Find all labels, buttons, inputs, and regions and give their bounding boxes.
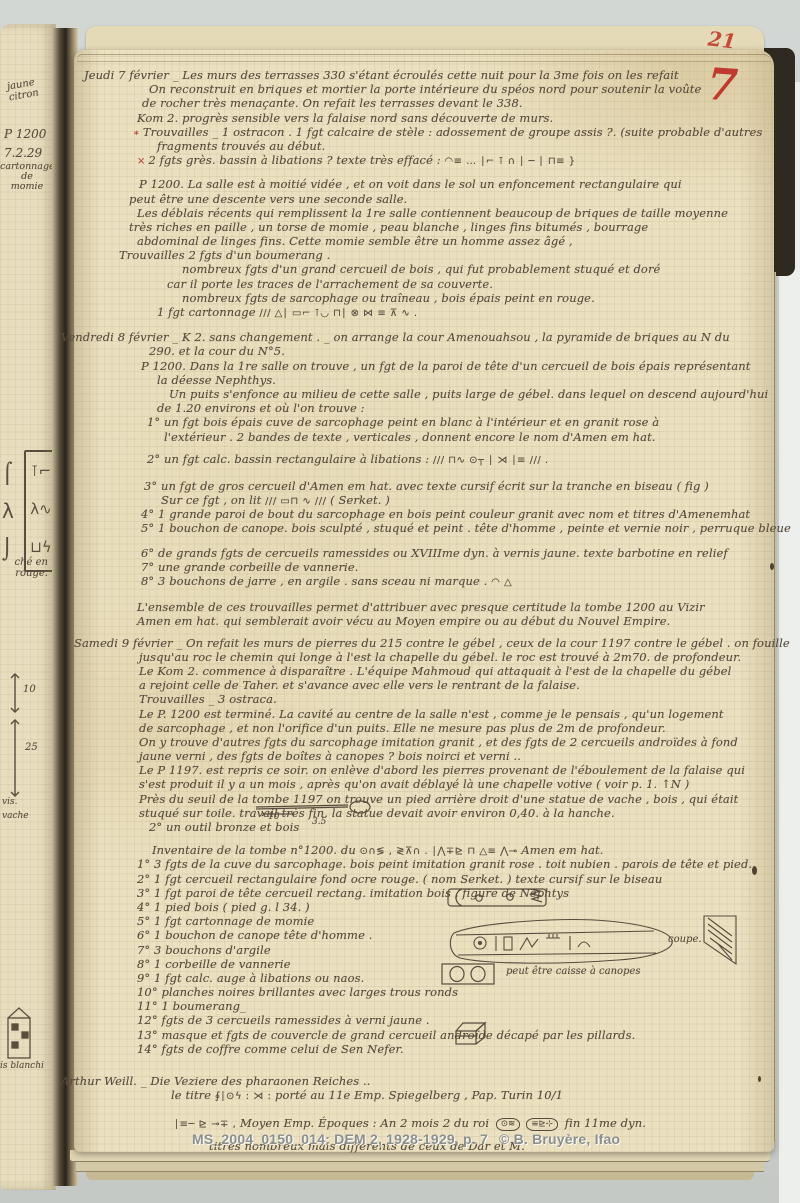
manuscript-line: 9° 1 fgt calc. auge à libations ou naos. [82,971,768,985]
manuscript-line: l'extérieur . 2 bandes de texte , vertic… [82,430,768,444]
handwritten-text: Jeudi 7 février _ Les murs des terrasses… [84,68,679,82]
hieroglyph-run: ◠ △ [487,577,512,588]
handwritten-text: très riches en paille , un torse de momi… [129,220,648,234]
handwritten-text: 4° 1 pied bois ( pied g. l 34. ) [137,900,310,914]
manuscript-line: très riches en paille , un torse de momi… [82,220,768,234]
manuscript-line: 290. et la cour du N°5. [82,344,768,358]
manuscript-line: 3° un fgt de gros cercueil d'Amen em hat… [82,479,768,493]
handwritten-text: jusqu'au roc le chemin qui longe à l'est… [139,650,741,664]
hieroglyph-run: ∣≡─ ⊵ ⊸∓ , [174,1119,240,1130]
section-sketch [698,912,742,970]
handwritten-text: 5° 1 fgt cartonnage de momie [137,914,314,928]
handwritten-text: 5° 1 bouchon de canope. bois sculpté , s… [141,521,791,535]
manuscript-line: Vendredi 8 février _ K 2. sans changemen… [61,330,768,344]
handwritten-text: Près du seuil de la tombe 1197 on trouve… [139,792,738,806]
handwritten-text: Sur ce fgt , on lit [161,493,261,507]
handwritten-text: abdominal de linges fins. Cette momie se… [137,234,573,248]
margin-hieroglyph-column: ⌠ λ ⌡ [2,454,14,568]
handwritten-text: Samedi 9 février _ On refait les murs de… [74,636,790,650]
handwritten-text: 8° 1 corbeille de vannerie [137,957,291,971]
manuscript-line: Près du seuil de la tombe 1197 on trouve… [82,792,768,806]
handwritten-text: Le P. 1200 est terminé. La cavité au cen… [139,707,724,721]
manuscript-line: Kom 2. progrès sensible vers la falaise … [82,111,768,125]
manuscript-line: Les déblais récents qui remplissent la 1… [82,206,768,220]
margin-note-date: 7.2.29 [4,147,42,160]
handwritten-text: Trouvailles _ 1 ostracon . 1 fgt calcair… [143,125,762,139]
manuscript-line: abdominal de linges fins. Cette momie se… [82,234,768,248]
handwritten-text: Les déblais récents qui remplissent la 1… [137,206,728,220]
handwritten-text: ( Serket. ) [330,493,390,507]
handwritten-text: de 1.20 environs et où l'on trouve : [157,401,365,415]
handwritten-text: porté au 11e Emp. Spiegelberg , Pap. Tur… [275,1088,563,1102]
manuscript-line: 14° fgts de coffre comme celui de Sen Ne… [82,1042,768,1056]
manuscript-line: 4° 1 pied bois ( pied g. l 34. ) [82,900,768,914]
manuscript-line: la déesse Nephthys. [82,373,768,387]
canope-box-sketch [440,961,498,987]
handwritten-text: 11° 1 boumerang_ [137,999,246,1013]
manuscript-line: le titre ∮∣⊙ϟ : ⋊ : porté au 11e Emp. Sp… [82,1088,768,1102]
hieroglyph-run: /// ⊓∿ ⊙┬ ∣ ⋊ ∣≡ /// . [429,455,548,466]
handwritten-text: le titre [171,1088,211,1102]
handwritten-text: nombreux fgts d'un grand cercueil de boi… [182,262,660,276]
handwritten-text: 9° 1 fgt calc. auge à libations ou naos. [137,971,364,985]
handwritten-text: 12° fgts de 3 cercueils ramessides à ver… [137,1013,430,1027]
manuscript-line: ∗Trouvailles _ 1 ostracon . 1 fgt calcai… [82,125,768,139]
handwritten-text: Inventaire de la tombe n°1200. du [152,843,356,857]
handwritten-text: 290. et la cour du N°5. [149,344,285,358]
margin-note-color: jaune citron [6,78,39,104]
manuscript-line: ×2 fgts grès. bassin à libations ? texte… [82,153,768,167]
handwritten-text: Vendredi 8 février _ K 2. sans changemen… [61,330,730,344]
manuscript-line: 13° masque et fgts de couvercle de grand… [82,1028,768,1042]
notebook-page: 7 Jeudi 7 février _ Les murs des terrass… [74,50,774,1152]
handwritten-text: 6° de grands fgts de cercueils ramesside… [141,546,728,560]
handwritten-text: Trouvailles 2 fgts d'un boumerang . [119,248,330,262]
handwritten-text: fragments trouvés au début. [157,139,325,153]
handwritten-text: Le Kom 2. commence à disparaître . L'équ… [139,664,731,678]
handwritten-text: 8° 3 bouchons de jarre , en argile . san… [141,574,487,588]
manuscript-line: car il porte les traces de l'arrachement… [82,277,768,291]
manuscript-line: Arthur Weill. _ Die Veziere des pharaone… [61,1074,768,1088]
handwritten-text: 14° fgts de coffre comme celui de Sen Ne… [137,1042,404,1056]
ink-speck [770,563,774,570]
manuscript-line: Samedi 9 février _ On refait les murs de… [74,636,768,650]
cartouche: ⊙≋ [496,1118,520,1131]
coffer-sketch [452,1019,492,1049]
manuscript-text: Jeudi 7 février _ Les murs des terrasses… [82,68,768,1153]
hieroglyph-run: ◠≡ … ∣⌐ ⊺ ∩ ∣ ─ ∣ ⊓≡ } [441,156,576,167]
handwritten-text: la déesse Nephthys. [157,373,276,387]
manuscript-line: Amen em hat. qui semblerait avoir vécu a… [82,614,768,628]
manuscript-line: Un puits s'enfonce au milieu de cette sa… [82,387,768,401]
manuscript-line: 3° 1 fgt paroi de tête cercueil rectang.… [82,886,768,900]
manuscript-line: P 1200. Dans la 1re salle on trouve , un… [82,359,768,373]
handwritten-text: 1° un fgt bois épais cuve de sarcophage … [147,415,659,429]
handwritten-text: peut être une descente vers une seconde … [129,192,407,206]
red-annotation-mark: × [137,156,145,167]
manuscript-line: 7° une grande corbeille de vannerie. [82,560,768,574]
manuscript-line: On reconstruit en briques et mortier la … [82,82,768,96]
ink-speck [758,1076,761,1082]
manuscript-line: Trouvailles 2 fgts d'un boumerang . [82,248,768,262]
handwritten-text: car il porte les traces de l'arrachement… [167,277,493,291]
handwritten-text: a rejoint celle de Taher. et s'avance av… [139,678,580,692]
ink-speck [752,866,757,875]
manuscript-line: de rocher très menaçante. On refait les … [82,96,768,110]
hieroglyph-run: /// ▭⊓ ∿ /// [261,496,330,507]
handwritten-text: jaune verni , des fgts de boîtes à canop… [139,749,521,763]
hieroglyph-run: ⊙∩≶ , ≷⊼∩ . ∣⋀∓⊵ ⊓ △≡ ⋀⊸ [356,846,521,857]
manuscript-line: nombreux fgts d'un grand cercueil de boi… [82,262,768,276]
handwritten-text: 1° 3 fgts de la cuve du sarcophage. bois… [137,857,752,871]
manuscript-line: Trouvailles _ 3 ostraca. [82,692,768,706]
margin-dim-10: 10 [23,684,36,695]
facing-page-edge: jaune citron P 1200 7.2.29 cartonnage de… [0,24,56,1190]
margin-measure-sketch: 10 25 [2,670,42,802]
margin-note-vis: vis. [2,798,17,807]
manuscript-line: Le P 1197. est repris ce soir. on enlève… [82,763,768,777]
manuscript-line: Inventaire de la tombe n°1200. du ⊙∩≶ , … [82,843,768,857]
margin-note-vache: vache [2,812,29,821]
handwritten-text: 2° 1 fgt cercueil rectangulaire fond ocr… [137,872,662,886]
handwritten-text: 6° 1 bouchon de canope tête d'homme . [137,928,372,942]
manuscript-line: Sur ce fgt , on lit /// ▭⊓ ∿ /// ( Serke… [82,493,768,507]
handwritten-text: 7° 3 bouchons d'argile [137,943,271,957]
manuscript-line: 11° 1 boumerang_ [82,999,768,1013]
manuscript-line: de sarcophage , et non l'orifice d'un pu… [82,721,768,735]
manuscript-line: 12° fgts de 3 cercueils ramessides à ver… [82,1013,768,1027]
handwritten-text: 4° 1 grande paroi de bout du sarcophage … [141,507,750,521]
coupe-label: coupe. [668,934,702,945]
manuscript-line: L'ensemble de ces trouvailles permet d'a… [82,600,768,614]
manuscript-line: a rejoint celle de Taher. et s'avance av… [82,678,768,692]
handwritten-text: 1 fgt cartonnage [157,305,256,319]
handwritten-text: 3° un fgt de gros cercueil d'Amen em hat… [144,479,709,493]
handwritten-text: Trouvailles _ 3 ostraca. [139,692,277,706]
manuscript-line: 2° 1 fgt cercueil rectangulaire fond ocr… [82,872,768,886]
manuscript-line: Jeudi 7 février _ Les murs des terrasses… [82,68,768,82]
tool-dim-width: 3.5 [312,817,326,827]
hieroglyph-run: ∮∣⊙ϟ : ⋊ : [211,1091,275,1102]
handwritten-text: On reconstruit en briques et mortier la … [149,82,701,96]
manuscript-line: 1° 3 fgts de la cuve du sarcophage. bois… [82,857,768,871]
photo-backdrop: 21 jaune citron P 1200 7.2.29 cartonnage… [0,0,800,1203]
handwritten-text: Amen em hat. qui semblerait avoir vécu a… [137,614,670,628]
manuscript-line: 2° un outil bronze et bois [82,820,768,834]
manuscript-line: stuqué sur toile. travail très fin. la s… [82,806,768,820]
manuscript-line: 4° 1 grande paroi de bout du sarcophage … [82,507,768,521]
handwritten-text: Amen em hat. [521,843,603,857]
handwritten-text: 2° un fgt calc. bassin rectangulaire à l… [147,452,429,466]
handwritten-text: Kom 2. progrès sensible vers la falaise … [137,111,553,125]
manuscript-line: jaune verni , des fgts de boîtes à canop… [82,749,768,763]
handwritten-text: 2° un outil bronze et bois [149,820,299,834]
handwritten-text: 10° planches noires brillantes avec larg… [137,985,458,999]
manuscript-line: s'est produit il y a un mois , après qu'… [82,777,768,791]
margin-note-cartonnage: cartonnage de momie [0,162,54,192]
handwritten-text: l'extérieur . 2 bandes de texte , vertic… [164,430,656,444]
margin-note-rouge: ché en rouge. [0,558,48,579]
manuscript-line: 8° 3 bouchons de jarre , en argile . san… [82,574,768,588]
handwritten-text: P 1200. Dans la 1re salle on trouve , un… [141,359,751,373]
handwritten-text: Un puits s'enfonce au milieu de cette sa… [169,387,768,401]
manuscript-line: 1 fgt cartonnage /// △∣ ▭⌐ ⊺◡ ⊓∣ ⊗ ⋈ ≡ ⊼… [82,305,768,319]
cartouche: ≡⊵⊹ [526,1118,558,1131]
tool-sketch: 10 3.5 [252,799,382,819]
manuscript-line: 2° un fgt calc. bassin rectangulaire à l… [82,452,768,466]
handwritten-text: 13° masque et fgts de couvercle de grand… [137,1028,635,1042]
handwritten-text: fin 11me dyn. [561,1116,646,1130]
manuscript-line: Le P. 1200 est terminé. La cavité au cen… [82,707,768,721]
manuscript-line: fragments trouvés au début. [82,139,768,153]
margin-dim-25: 25 [25,742,38,753]
manuscript-line: Le Kom 2. commence à disparaître . L'équ… [82,664,768,678]
manuscript-line: ∣≡─ ⊵ ⊸∓ , Moyen Emp. Époques : An 2 moi… [82,1116,768,1130]
handwritten-text: nombreux fgts de sarcophage ou traîneau … [182,291,595,305]
canope-note-label: peut être caisse à canopes [506,966,641,977]
handwritten-text: Moyen Emp. Époques : An 2 mois 2 du roi [240,1116,493,1130]
plank-sketch [446,885,558,911]
handwritten-text: On y trouve d'autres fgts du sarcophage … [139,735,738,749]
caption-credit: © B. Bruyère, Ifao [499,1131,620,1147]
manuscript-line: 1° un fgt bois épais cuve de sarcophage … [82,415,768,429]
manuscript-line: jusqu'au roc le chemin qui longe à l'est… [82,650,768,664]
handwritten-text: Arthur Weill. _ Die Veziere des pharaone… [61,1074,371,1088]
manuscript-line: 10° planches noires brillantes avec larg… [82,985,768,999]
handwritten-text: de sarcophage , et non l'orifice d'un pu… [139,721,666,735]
page-stack-edge [86,1172,754,1180]
manuscript-line: 5° 1 bouchon de canope. bois sculpté , s… [82,521,768,535]
margin-note-tomb: P 1200 [4,128,46,141]
margin-note-blanchi: is blanchi [0,1062,44,1071]
margin-shrine-sketch [4,1006,36,1064]
manuscript-line: 6° de grands fgts de cercueils ramesside… [82,546,768,560]
handwritten-text: 2 fgts grès. bassin à libations ? texte … [148,153,440,167]
manuscript-line: peut être une descente vers une seconde … [82,192,768,206]
manuscript-line: P 1200. La salle est à moitié vidée , et… [82,177,768,191]
caption-reference: MS_2004_0150_014: DEM 2, 1928-1929, p. 7 [192,1131,488,1147]
handwritten-text: 7° une grande corbeille de vannerie. [141,560,359,574]
manuscript-line: On y trouve d'autres fgts du sarcophage … [82,735,768,749]
handwritten-text: de rocher très menaçante. On refait les … [142,96,523,110]
manuscript-line: de 1.20 environs et où l'on trouve : [82,401,768,415]
red-annotation-mark: ∗ [133,128,140,139]
hieroglyph-run: /// △∣ ▭⌐ ⊺◡ ⊓∣ ⊗ ⋈ ≡ ⊼ ∿ . [256,308,418,319]
tool-dim-length: 10 [268,812,279,822]
page-stack-edge [76,1162,764,1172]
handwritten-text: P 1200. La salle est à moitié vidée , et… [139,177,682,191]
manuscript-line: nombreux fgts de sarcophage ou traîneau … [82,291,768,305]
handwritten-text: L'ensemble de ces trouvailles permet d'a… [137,600,705,614]
handwritten-text: Le P 1197. est repris ce soir. on enlève… [139,763,745,777]
handwritten-text: s'est produit il y a un mois , après qu'… [139,777,689,791]
